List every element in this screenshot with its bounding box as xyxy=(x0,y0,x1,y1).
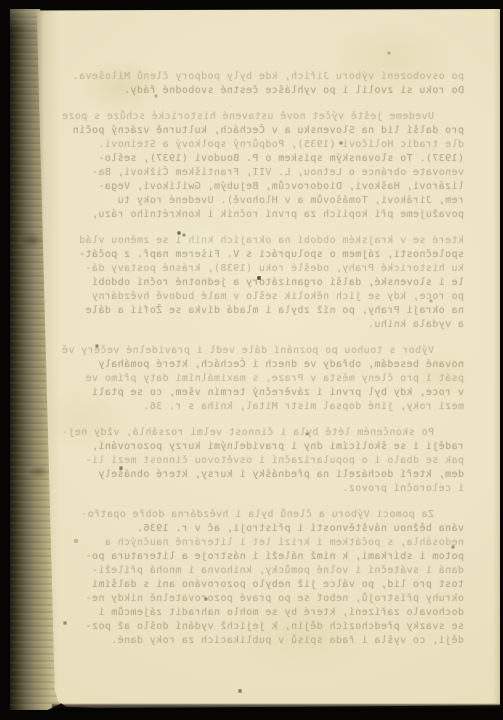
bleedthrough-line: Po skončeném létě byla i činnost velmi r… xyxy=(62,426,464,440)
bleedthrough-line: na okraji Prahy, po níž zbyla i mladá dí… xyxy=(62,304,464,318)
bleedthrough-line: nedosáhla, s počátkem i krizí let i lite… xyxy=(62,536,464,550)
bleedthrough-line: (1937). To slovanským spiskem o P. Boudo… xyxy=(62,152,464,166)
bleedthrough-line: dle tradic Holíčovi (1935), Podpůrný spo… xyxy=(62,138,464,152)
bleedthrough-paragraph: Za pomoci Výboru a členů byla i hvězdárn… xyxy=(62,508,464,648)
bleedthrough-line: dochovalo zařízení, které by se mohlo na… xyxy=(62,606,464,620)
bleedthrough-line: se svazky předchozích dějin, k jejichž v… xyxy=(62,620,464,634)
foxing-specks xyxy=(0,0,2,2)
bleedthrough-line: potom i sbírkami, k nimž náleží i nástro… xyxy=(62,550,464,564)
bleedthrough-line: Za pomoci Výboru a členů byla i hvězdárn… xyxy=(62,508,464,522)
bleedthrough-line: které se v krajském období na okrajích k… xyxy=(62,234,464,248)
bleedthrough-line: po osvobození výboru Jiřích, kde byly po… xyxy=(62,70,464,84)
bleedthrough-line: le i slovenské, další organizátory a jed… xyxy=(62,276,464,290)
bleedthrough-line: lizárovi, Haškovi, Diodorovcům, Bejubým,… xyxy=(62,180,464,194)
bleedthrough-line: pro další lid na Slovensku a v Čechách, … xyxy=(62,124,464,138)
bleedthrough-line: pak se dbalo i o popularizační i osvětov… xyxy=(62,454,464,468)
bleedthrough-line: společnosti, zájmem o spolupráci s V. Fi… xyxy=(62,248,464,262)
bleedthrough-line: Uvedeme ještě výčet nově ustavené histor… xyxy=(62,110,464,124)
bleedthrough-line: a vydala knihu. xyxy=(62,318,464,332)
bleedthrough-paragraph: Po skončeném létě byla i činnost velmi r… xyxy=(62,426,464,496)
bleedthrough-line: Výbor s touhou po poznání dále vedl i pr… xyxy=(62,344,464,358)
bleedthrough-paragraph: po osvobození výboru Jiřích, kde byly po… xyxy=(62,70,464,98)
bleedthrough-line: mezi roky, jiné dopsal mistr Mital, knih… xyxy=(62,400,464,414)
bleedthrough-line: tost pro lid, po válce již nebylo pozoro… xyxy=(62,578,464,592)
bleedthrough-line: považujeme při kopiích za první ročník i… xyxy=(62,208,464,222)
bleedthrough-line: psát i pro členy města v Praze, s maximá… xyxy=(62,372,464,386)
bleedthrough-text: po osvobození výboru Jiřích, kde byly po… xyxy=(62,70,464,660)
page-bottom-shadow xyxy=(52,704,501,709)
bleedthrough-line: Do roku si zvolil i po vyhlášce čestné s… xyxy=(62,84,464,98)
bleedthrough-line: dem, kteří docházeli na přednášky i kurs… xyxy=(62,468,464,482)
blank-page: po osvobození výboru Jiřích, kde byly po… xyxy=(0,0,503,720)
bleedthrough-line: ku historické Prahy, odešlé roku (1938),… xyxy=(62,262,464,276)
bleedthrough-line: po roce, kdy se jich několik sešlo v mal… xyxy=(62,290,464,304)
bleedthrough-paragraph: které se v krajském období na okrajích k… xyxy=(62,234,464,332)
bleedthrough-line: okruhy přístrojů, neboť se po pravé pozo… xyxy=(62,592,464,606)
bleedthrough-line: raději i se školícími dny i pravidelnými… xyxy=(62,440,464,454)
bleedthrough-line: venovate obránce o Letnou, L. VII, Frant… xyxy=(62,166,464,180)
bleedthrough-paragraph: Uvedeme ještě výčet nově ustavené histor… xyxy=(62,110,464,222)
bleedthrough-line: rem, Jirákovi, Tomášovům a v Hlohově). U… xyxy=(62,194,464,208)
bleedthrough-line: nované besedám, obřady ve dnech i Čechác… xyxy=(62,358,464,372)
bleedthrough-paragraph: Výbor s touhou po poznání dále vedl i pr… xyxy=(62,344,464,414)
scanned-book-page: po osvobození výboru Jiřích, kde byly po… xyxy=(0,0,503,720)
bleedthrough-line: v roce, kdy byl první i závěrečný termín… xyxy=(62,386,464,400)
bleedthrough-line: daná i sváteční i volné pomůcky, knihovn… xyxy=(62,564,464,578)
bleedthrough-line: ději, co vyšla i řada spisů v publikacíc… xyxy=(62,634,464,648)
bleedthrough-line: vána běžnou návštěvností i přístroji, ač… xyxy=(62,522,464,536)
bleedthrough-line: i celoroční provoz. xyxy=(62,482,464,496)
